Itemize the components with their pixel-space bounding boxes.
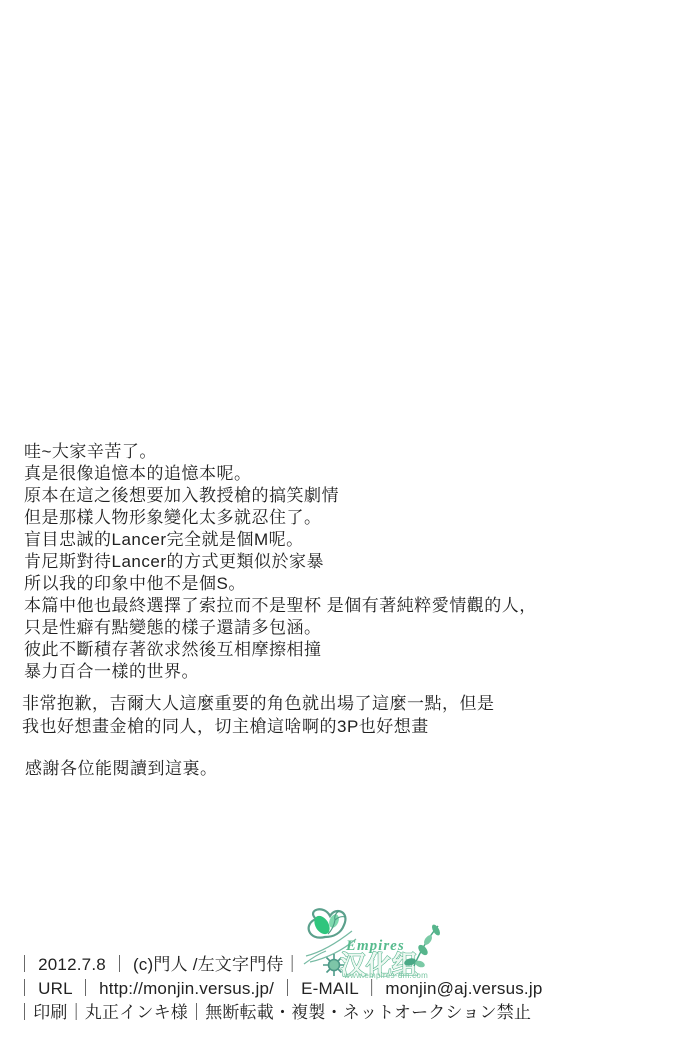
afterword-line: 非常抱歉，吉爾大人這麼重要的角色就出場了這麼一點，但是 xyxy=(22,692,495,715)
afterword-line: 但是那樣人物形象變化太多就忍住了。 xyxy=(24,507,537,529)
afterword-line: 哇~大家辛苦了。 xyxy=(24,441,537,463)
afterword-line: 只是性癖有點變態的樣子還請多包涵。 xyxy=(24,617,537,639)
afterword-paragraph-2: 非常抱歉，吉爾大人這麼重要的角色就出場了這麼一點，但是 我也好想畫金槍的同人，切… xyxy=(22,692,495,738)
colophon: ｜ 2012.7.8 ｜ (c)門人 /左文字門侍｜ ｜ URL ｜ http:… xyxy=(16,953,542,1025)
butterfly-icon xyxy=(309,909,346,937)
thanks-line: 感謝各位能閱讀到這裏。 xyxy=(25,758,218,780)
colophon-date-author-line: ｜ 2012.7.8 ｜ (c)門人 /左文字門侍｜ xyxy=(16,953,542,977)
afterword-paragraph-1: 哇~大家辛苦了。 真是很像追憶本的追憶本呢。 原本在這之後想要加入教授槍的搞笑劇… xyxy=(24,441,537,683)
colophon-printer-notice-line: ｜印刷｜丸正インキ様｜無断転載・複製・ネットオークション禁止 xyxy=(16,1001,542,1025)
afterword-line: 暴力百合一樣的世界。 xyxy=(24,661,537,683)
colophon-url-email-line: ｜ URL ｜ http://monjin.versus.jp/ ｜ E-MAI… xyxy=(16,977,542,1001)
afterword-line: 原本在這之後想要加入教授槍的搞笑劇情 xyxy=(24,485,537,507)
afterword-line: 本篇中他也最終選擇了索拉而不是聖杯 是個有著純粹愛情觀的人， xyxy=(24,595,537,617)
scanned-afterword-page: 哇~大家辛苦了。 真是很像追憶本的追憶本呢。 原本在這之後想要加入教授槍的搞笑劇… xyxy=(0,0,696,1050)
afterword-line: 真是很像追憶本的追憶本呢。 xyxy=(24,463,537,485)
afterword-line: 彼此不斷積存著欲求然後互相摩擦相撞 xyxy=(24,639,537,661)
afterword-line: 我也好想畫金槍的同人，切主槍這啥啊的3P也好想畫 xyxy=(22,715,495,738)
afterword-line: 肯尼斯對待Lancer的方式更類似於家暴 xyxy=(24,551,537,573)
afterword-line: 所以我的印象中他不是個S。 xyxy=(24,573,537,595)
afterword-line: 盲目忠誠的Lancer完全就是個M呢。 xyxy=(24,529,537,551)
